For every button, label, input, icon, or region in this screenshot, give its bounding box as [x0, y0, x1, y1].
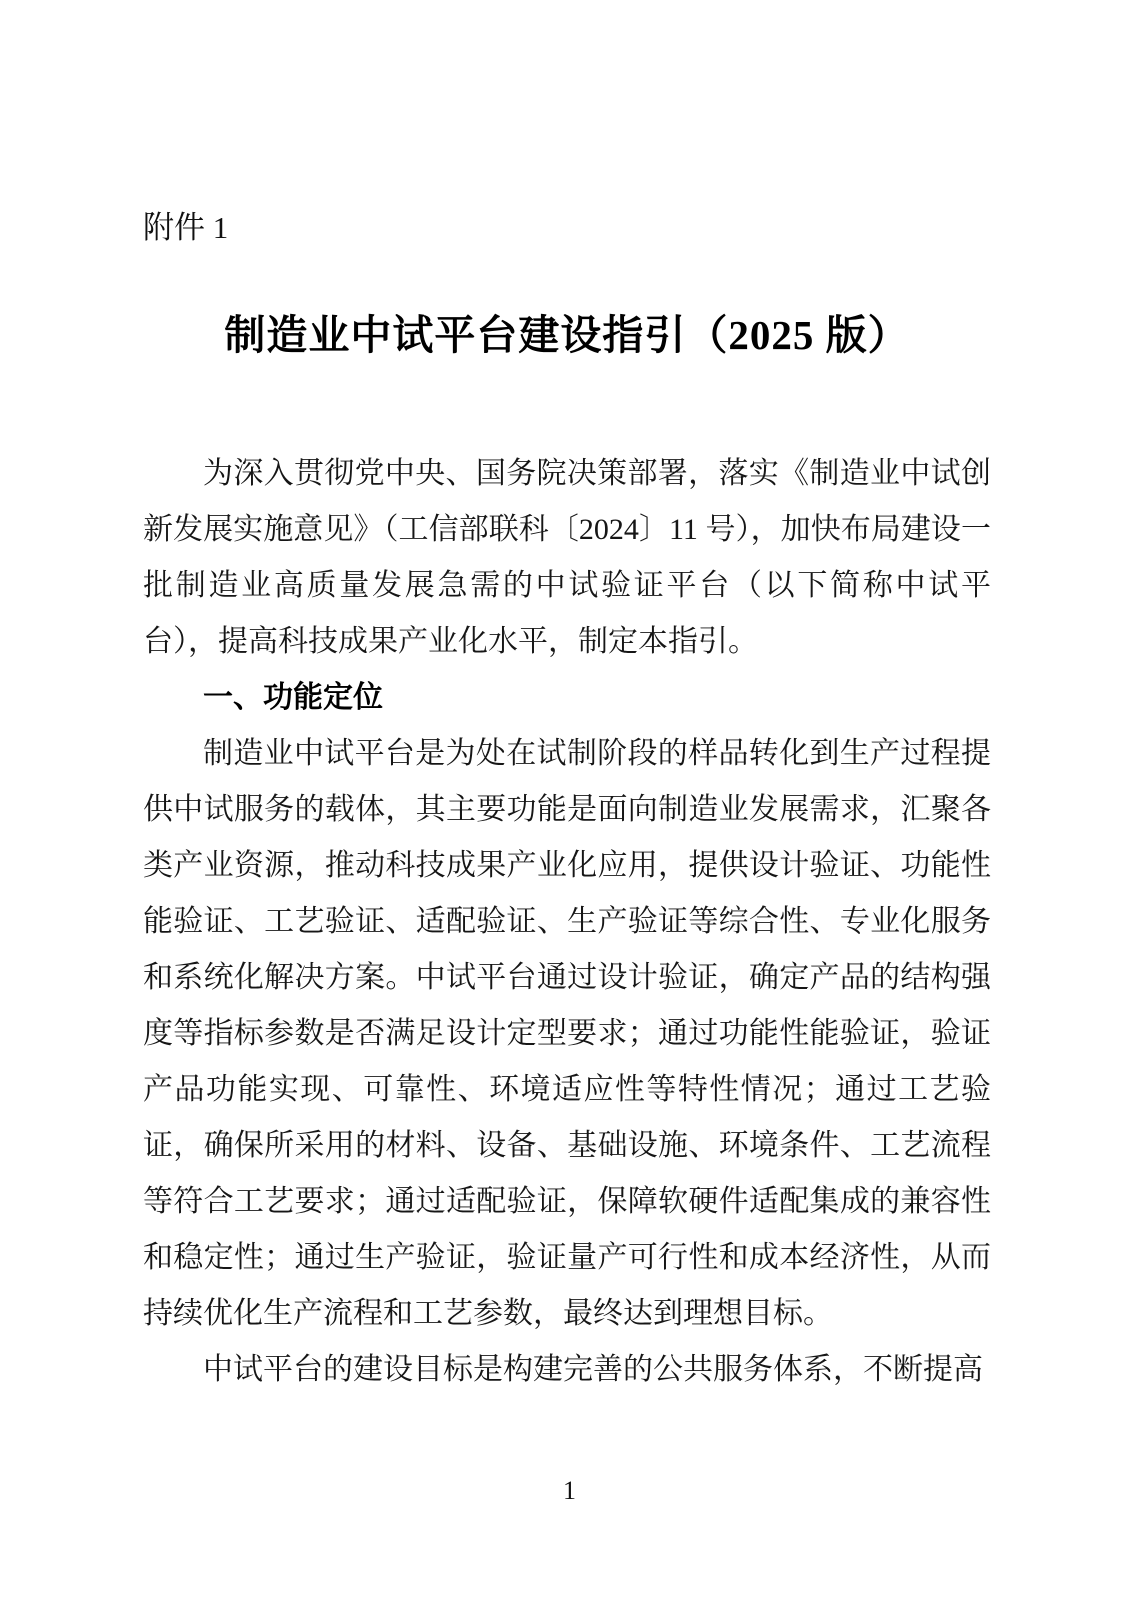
construction-goal-paragraph: 中试平台的建设目标是构建完善的公共服务体系，不断提高 [143, 1342, 991, 1398]
function-positioning-paragraph: 制造业中试平台是为处在试制阶段的样品转化到生产过程提供中试服务的载体，其主要功能… [143, 726, 991, 1342]
document-page: 附件 1 制造业中试平台建设指引（2025 版） 为深入贯彻党中央、国务院决策部… [0, 0, 1139, 1612]
document-body: 为深入贯彻党中央、国务院决策部署，落实《制造业中试创新发展实施意见》（工信部联科… [143, 446, 991, 1398]
intro-paragraph: 为深入贯彻党中央、国务院决策部署，落实《制造业中试创新发展实施意见》（工信部联科… [143, 446, 991, 670]
document-title: 制造业中试平台建设指引（2025 版） [143, 308, 991, 362]
attachment-label: 附件 1 [143, 208, 991, 248]
section-heading-function-positioning: 一、功能定位 [143, 670, 991, 726]
page-number: 1 [0, 1478, 1139, 1504]
